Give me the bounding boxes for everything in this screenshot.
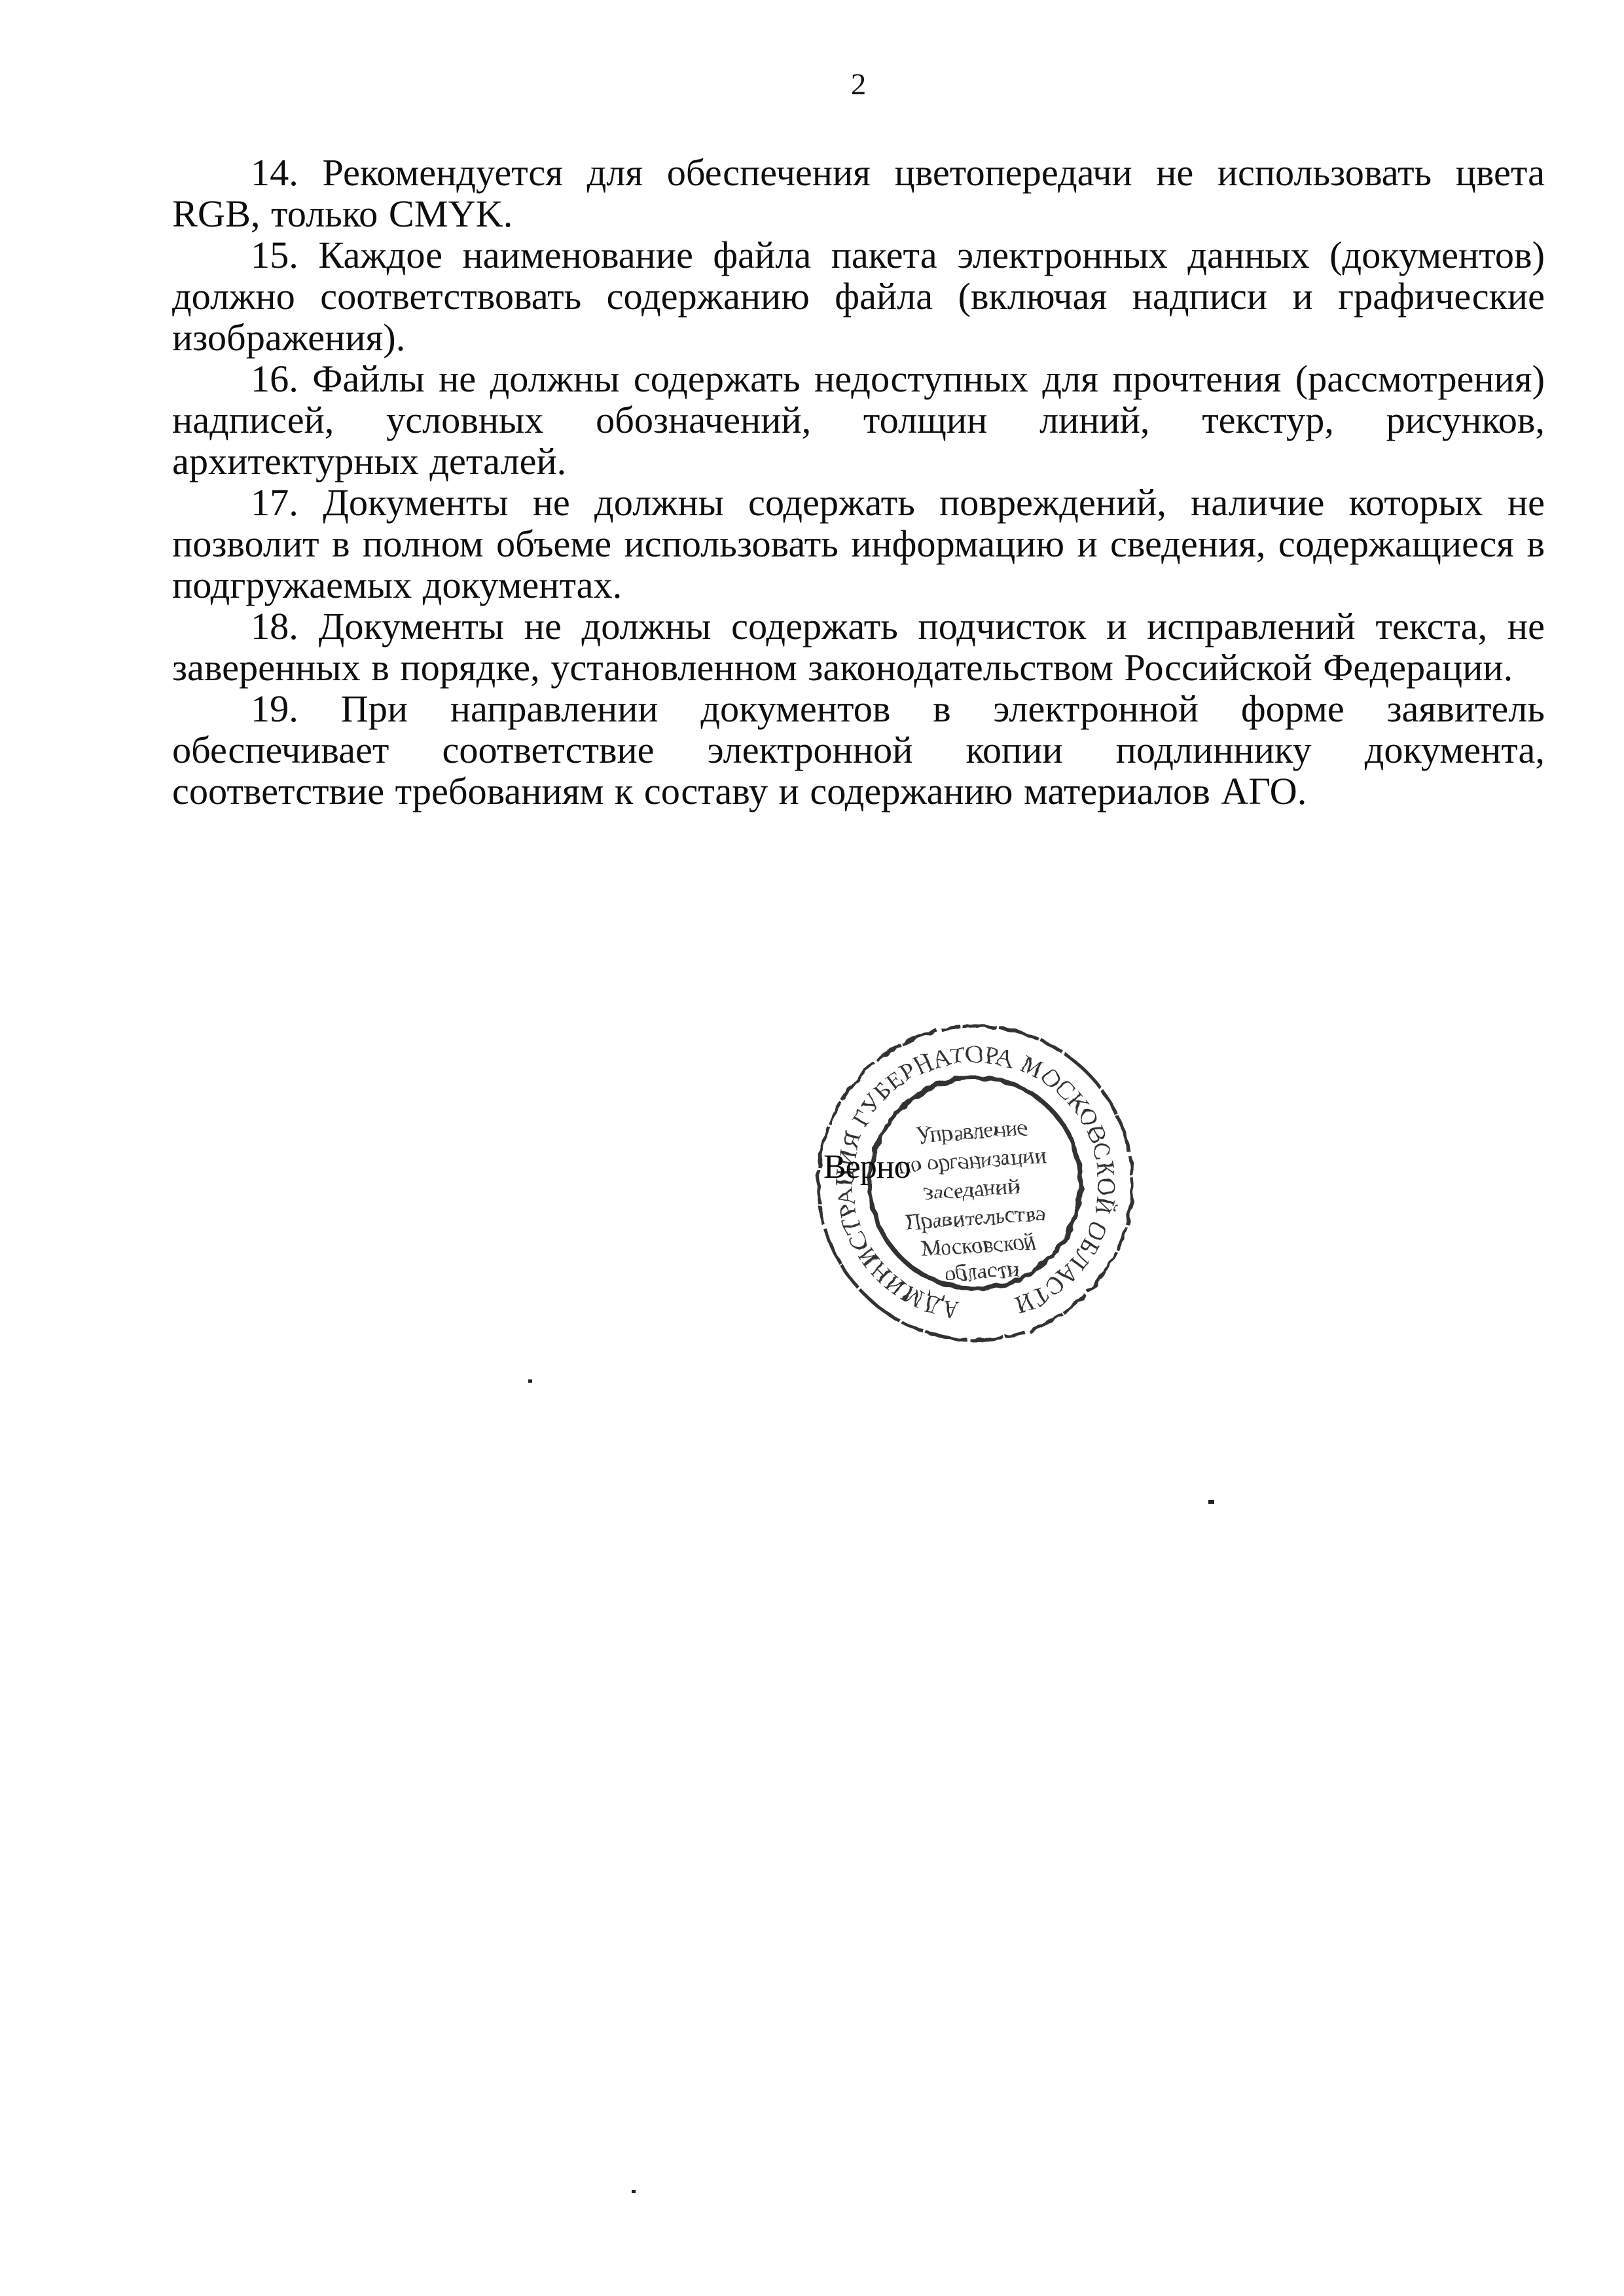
certified-true-mark: Верно — [823, 1150, 911, 1184]
stamp-center-line: Управление — [915, 1116, 1028, 1148]
paragraph-16: 16. Файлы не должны содержать недоступны… — [172, 358, 1545, 482]
stamp-center-line: Московской — [920, 1230, 1036, 1262]
stamp-center-line: области — [943, 1257, 1019, 1286]
paragraph-15: 15. Каждое наименование файла пакета эле… — [172, 234, 1545, 358]
stamp-center-line: заседаний — [924, 1174, 1020, 1205]
stamp-center-line: по организации — [897, 1143, 1047, 1178]
paragraph-19: 19. При направлении документов в электро… — [172, 688, 1545, 812]
paragraph-18: 18. Документы не должны содержать подчис… — [172, 606, 1545, 688]
scanned-document-page: 2 14. Рекомендуется для обеспечения цвет… — [0, 0, 1624, 2296]
stamp-center-text: Управление по организации заседаний Прав… — [895, 1114, 1055, 1288]
scan-artifact-dot — [1208, 1500, 1214, 1504]
scan-artifact-dot — [528, 1379, 532, 1383]
paragraph-17: 17. Документы не должны содержать повреж… — [172, 482, 1545, 606]
document-body: 14. Рекомендуется для обеспечения цветоп… — [172, 152, 1545, 812]
page-number: 2 — [172, 69, 1545, 100]
scan-artifact-dot — [632, 2190, 636, 2193]
paragraph-14: 14. Рекомендуется для обеспечения цветоп… — [172, 152, 1545, 234]
